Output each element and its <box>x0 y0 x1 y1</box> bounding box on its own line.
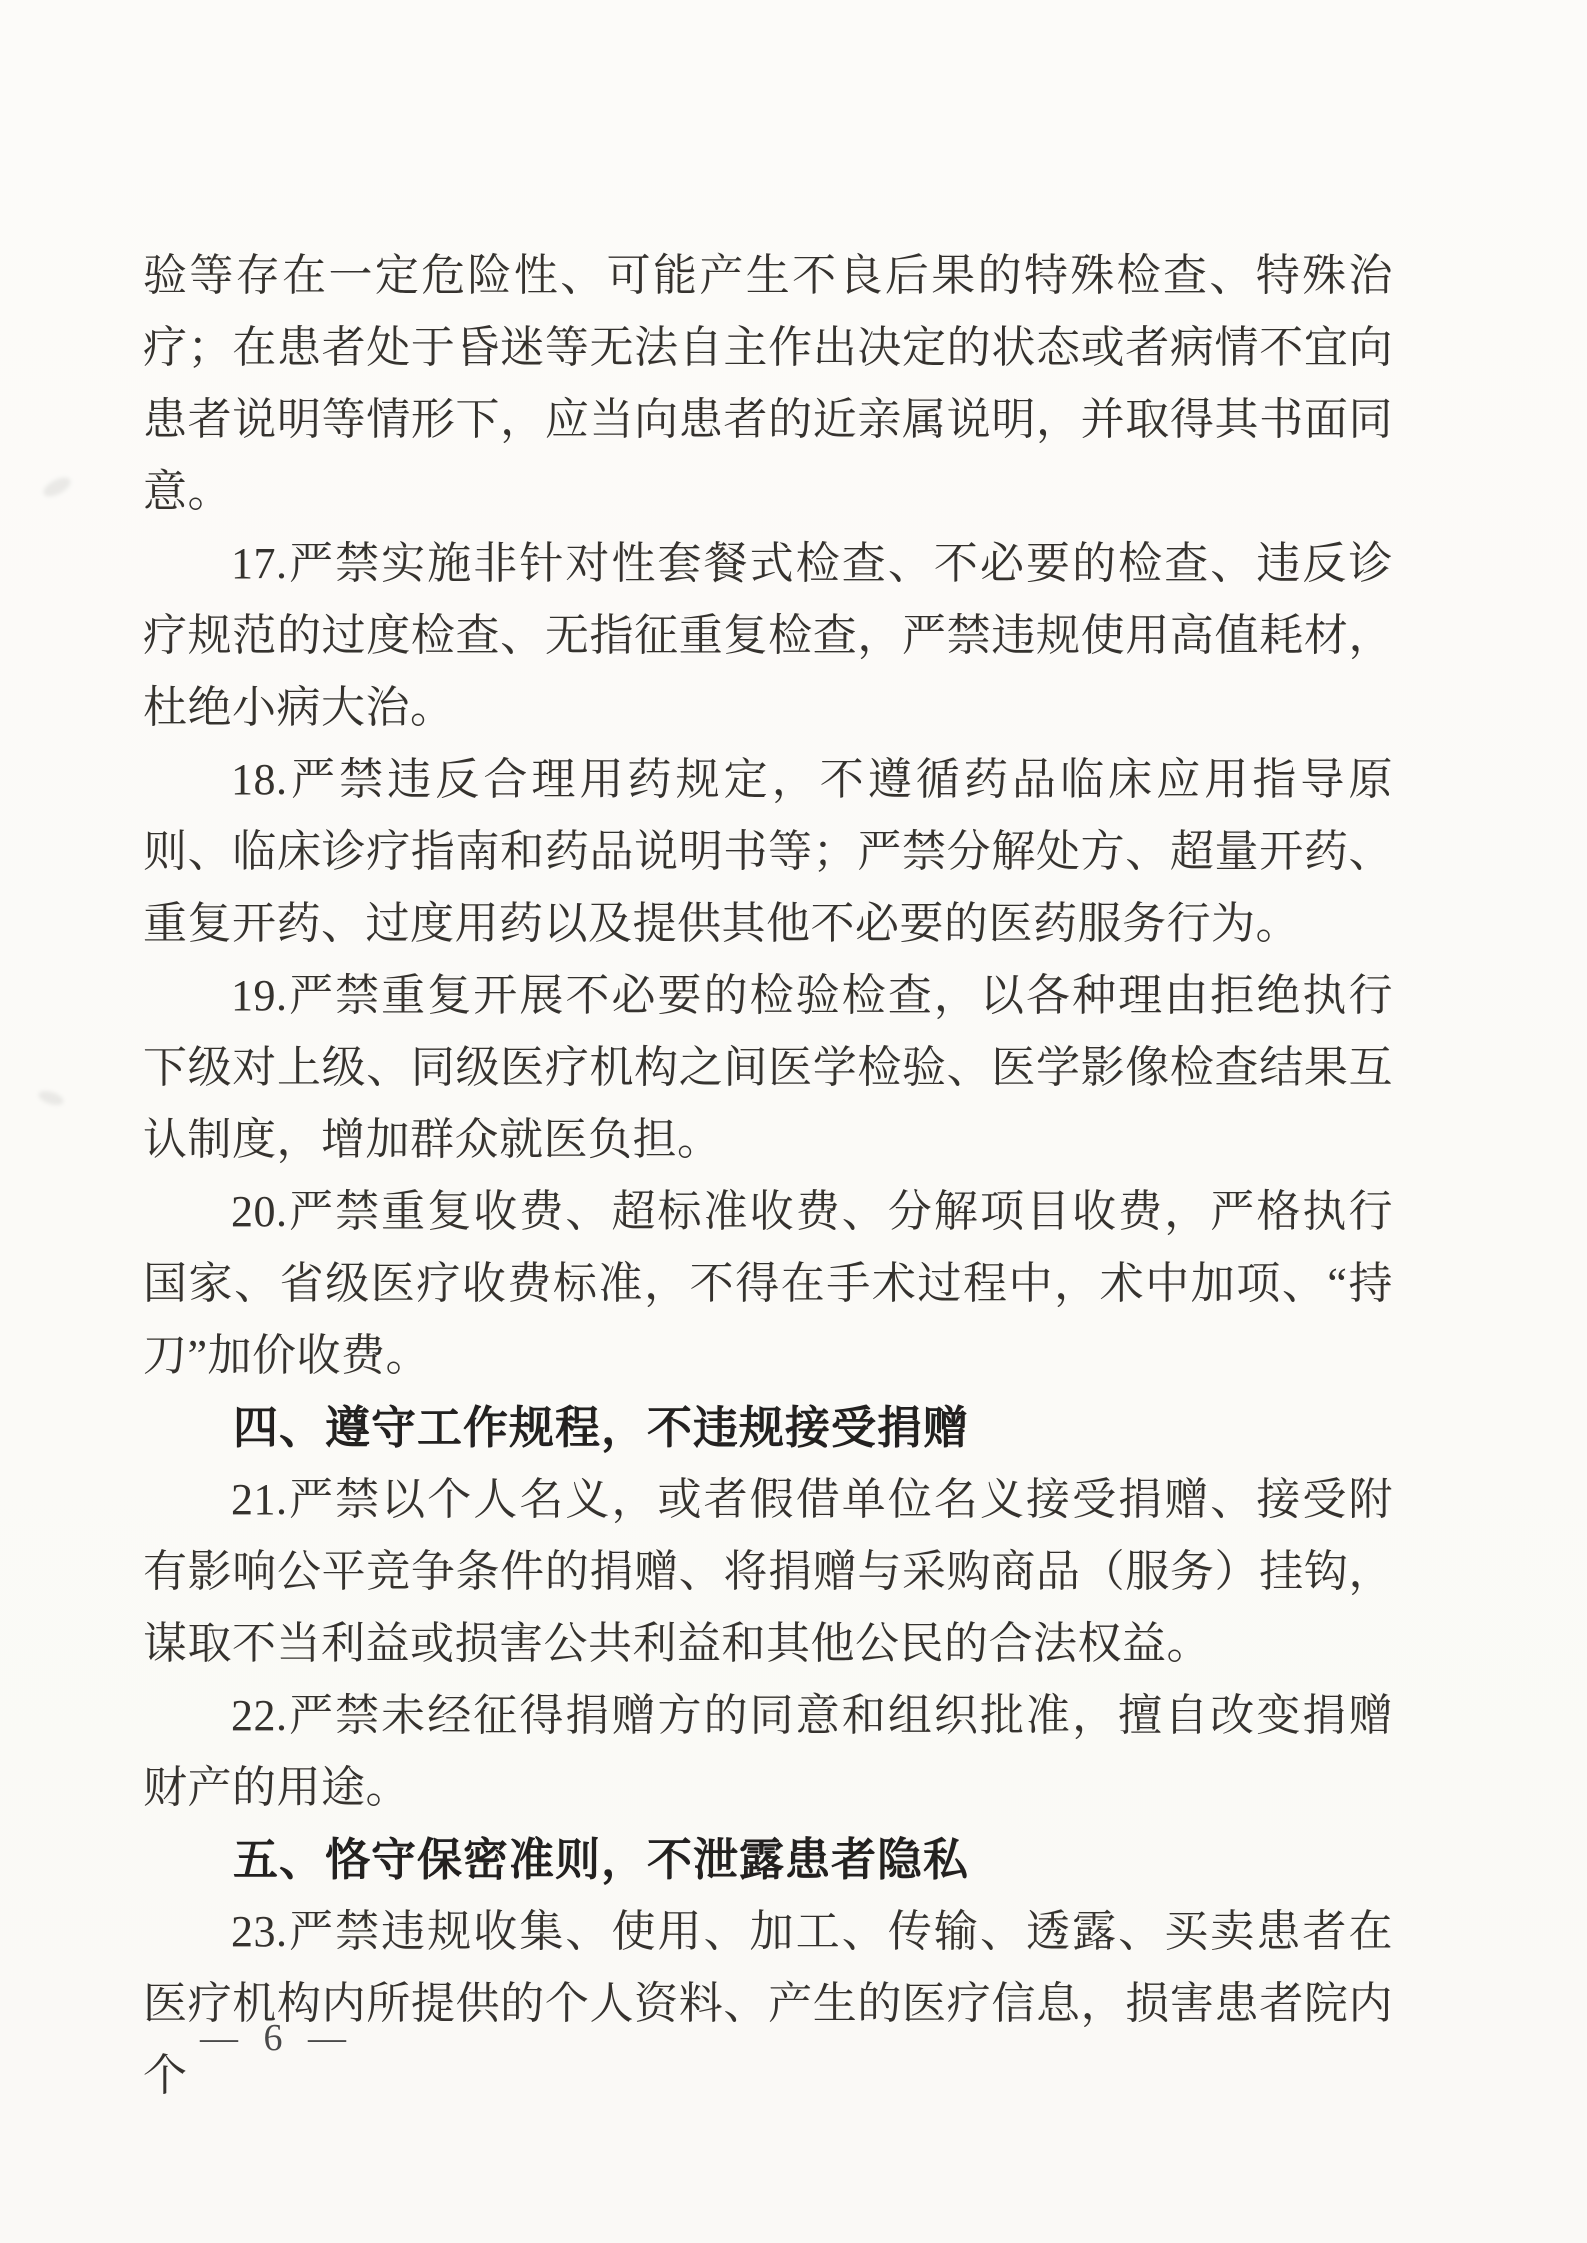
item-19-paragraph: 19.严禁重复开展不必要的检验检查，以各种理由拒绝执行下级对上级、同级医疗机构之… <box>143 960 1393 1176</box>
item-20-paragraph: 20.严禁重复收费、超标准收费、分解项目收费，严格执行国家、省级医疗收费标准，不… <box>143 1176 1393 1392</box>
section-heading-4: 四、遵守工作规程，不违规接受捐赠 <box>143 1392 1393 1464</box>
page-number: — 6 — <box>200 2016 354 2060</box>
continuation-paragraph: 验等存在一定危险性、可能产生不良后果的特殊检查、特殊治疗；在患者处于昏迷等无法自… <box>143 240 1393 528</box>
item-22-paragraph: 22.严禁未经征得捐赠方的同意和组织批准，擅自改变捐赠财产的用途。 <box>143 1680 1393 1824</box>
section-heading-5: 五、恪守保密准则，不泄露患者隐私 <box>143 1824 1393 1896</box>
scan-smudge <box>40 474 73 500</box>
document-body: 验等存在一定危险性、可能产生不良后果的特殊检查、特殊治疗；在患者处于昏迷等无法自… <box>143 240 1393 2112</box>
item-17-paragraph: 17.严禁实施非针对性套餐式检查、不必要的检查、违反诊疗规范的过度检查、无指征重… <box>143 528 1393 744</box>
item-21-paragraph: 21.严禁以个人名义，或者假借单位名义接受捐赠、接受附有影响公平竞争条件的捐赠、… <box>143 1464 1393 1680</box>
scanned-document-page: 验等存在一定危险性、可能产生不良后果的特殊检查、特殊治疗；在患者处于昏迷等无法自… <box>0 0 1587 2243</box>
item-23-paragraph: 23.严禁违规收集、使用、加工、传输、透露、买卖患者在医疗机构内所提供的个人资料… <box>143 1896 1393 2112</box>
item-18-paragraph: 18.严禁违反合理用药规定，不遵循药品临床应用指导原则、临床诊疗指南和药品说明书… <box>143 744 1393 960</box>
scan-smudge <box>37 1088 65 1107</box>
